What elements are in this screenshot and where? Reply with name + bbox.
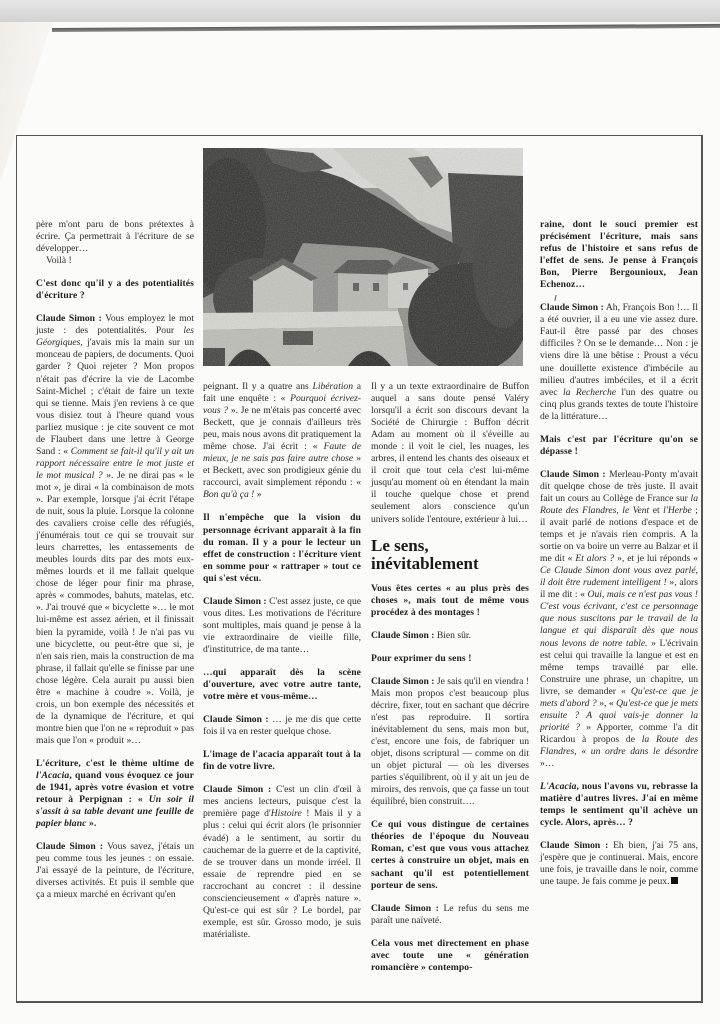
end-of-article-square-icon	[671, 877, 678, 884]
speaker-name: Claude Simon :	[203, 596, 267, 607]
landscape-photo-illustration	[203, 148, 523, 366]
interviewee-answer: Claude Simon : Le refus du sens me paraî…	[371, 903, 529, 927]
article-column-1: père m'ont paru de bons prétextes à écri…	[36, 219, 194, 912]
answer-text: Je sais qu'il en viendra ! Mais mon prop…	[371, 676, 529, 807]
interviewee-answer: Claude Simon : Bien sûr.	[371, 630, 529, 642]
speaker-name: Claude Simon :	[371, 903, 439, 914]
quotation: un ordre dans le désordre	[591, 746, 698, 757]
quotation: Et alors ?	[575, 553, 614, 564]
article-column-4: raine, dont le souci premier est précisé…	[540, 219, 698, 899]
speaker-name: Claude Simon :	[540, 469, 606, 480]
interviewer-question: …qui apparaît dès la scène d'ouverture, …	[203, 667, 361, 703]
speaker-name: Claude Simon :	[203, 714, 269, 725]
answer-text: Ah, François Bon !… Il a été ouvrier, il…	[540, 302, 698, 397]
speaker-name: Claude Simon :	[371, 676, 434, 687]
speaker-name: Claude Simon :	[371, 630, 434, 641]
book-title: l'Herbe	[663, 505, 692, 516]
interviewer-question: L'écriture, c'est le thème ultime de l'A…	[36, 758, 194, 830]
answer-text: »	[254, 489, 261, 500]
interviewee-answer: Claude Simon : … je me dis que cette foi…	[203, 714, 361, 738]
interviewee-answer: Claude Simon : Vous savez, j'étais un pe…	[36, 841, 194, 901]
interviewee-answer: Claude Simon : C'est assez juste, ce que…	[203, 596, 361, 656]
speaker-name: Claude Simon :	[540, 302, 604, 313]
paragraph: Il y a un texte extraordinaire de Buffon…	[371, 381, 529, 526]
interviewer-question: Pour exprimer du sens !	[371, 653, 529, 665]
paragraph: peignant. Il y a quatre ans Libération a…	[203, 381, 361, 501]
interviewer-question: L'Acacia, nous l'avons vu, rebrasse la m…	[540, 781, 698, 829]
section-heading: Le sens, inévitablement	[371, 537, 529, 573]
interviewer-question: Mais c'est par l'écriture qu'on se dépas…	[540, 434, 698, 458]
interviewer-question: C'est donc qu'il y a des potentialités d…	[36, 278, 194, 302]
interviewee-answer: Claude Simon : C'est un clin d'œil à mes…	[203, 784, 361, 941]
print-artifact-dot	[576, 484, 578, 486]
paragraph: Voilà !	[36, 255, 194, 267]
answer-text: ». Je ne dirai pas « le mot », je dirai …	[36, 470, 194, 746]
interviewee-answer: Claude Simon : Ah, François Bon !… Il a …	[540, 302, 698, 422]
article-photo	[203, 148, 523, 366]
interviewer-question: raine, dont le souci premier est précisé…	[540, 219, 698, 291]
book-title: Histoire	[271, 808, 302, 819]
quotation: Bon qu'à ça !	[203, 489, 254, 500]
interviewer-question: Ce qui vous distingue de certaines théor…	[371, 819, 529, 891]
interviewer-question: Cela vous met directement en phase avec …	[371, 938, 529, 974]
answer-text: , «	[574, 746, 590, 757]
answer-text: et	[649, 505, 663, 516]
book-title: la Recherche	[563, 387, 616, 398]
question-text: ».	[87, 818, 97, 829]
answer-text: peignant. Il y a quatre ans	[203, 381, 312, 392]
speaker-name: Claude Simon :	[203, 784, 271, 795]
scanner-top-strip	[0, 0, 720, 22]
answer-text: , j'avais mis la main sur un monceau de …	[36, 337, 194, 456]
answer-text: »…	[540, 758, 554, 769]
article-column-2: peignant. Il y a quatre ans Libération a…	[203, 381, 361, 952]
answer-text: », et je lui réponds «	[614, 553, 698, 564]
interviewer-question: Vous êtes certes « au plus près des chos…	[371, 583, 529, 619]
interviewee-answer: Claude Simon : Merleau-Ponty m'avait dit…	[540, 469, 698, 770]
interviewer-question: L'image de l'acacia apparaît tout à la f…	[203, 749, 361, 773]
publication-title: Libération	[312, 381, 353, 392]
speaker-name: Claude Simon :	[540, 840, 608, 851]
question-text: L'écriture, c'est le thème ultime de	[36, 758, 194, 769]
speaker-name: Claude Simon :	[36, 313, 102, 324]
book-title: L'Acacia	[540, 781, 577, 792]
answer-text: ! Mais il y a plus : celui qui écrit alo…	[203, 808, 361, 939]
speaker-name: Claude Simon :	[36, 841, 103, 852]
answer-text: », «	[597, 698, 616, 709]
interviewer-question: Il n'empêche que la vision du personnage…	[203, 512, 361, 584]
book-title: l'Acacia	[36, 770, 69, 781]
interviewee-answer: Claude Simon : Eh bien, j'ai 75 ans, j'e…	[540, 840, 698, 888]
interviewee-answer: Claude Simon : Je sais qu'il en viendra …	[371, 676, 529, 809]
interviewee-answer: Claude Simon : Vous employez le mot just…	[36, 313, 194, 747]
paragraph: père m'ont paru de bons prétextes à écri…	[36, 219, 194, 255]
answer-text: Bien sûr.	[434, 630, 471, 641]
article-column-3: Il y a un texte extraordinaire de Buffon…	[371, 381, 529, 985]
